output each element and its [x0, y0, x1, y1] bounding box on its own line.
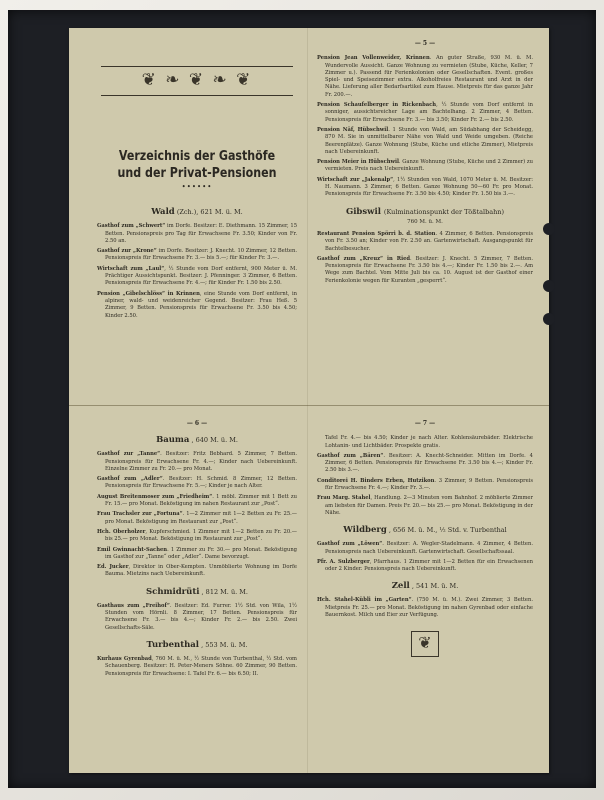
listing-entry: Gasthof zum „Schwert“ im Dorfe. Besitzer… — [97, 223, 297, 245]
listing-name: Pension „Gibelschlöss“ in Krinnen — [97, 291, 200, 297]
entry-list: Pension Jean Vollenweider, Krinnen. An g… — [317, 55, 533, 198]
town-name: Wildberg — [343, 525, 387, 535]
title-line-1: Verzeichnis der Gasthöfe — [115, 148, 279, 165]
page-6: — 6 — Bauma , 640 M. ü. M.Gasthof zur „T… — [97, 420, 297, 681]
listing-name: Wirtschaft zur „Jakenalp“ — [317, 177, 393, 183]
listing-entry: Gasthof zum „Löwen“. Besitzer: A. Wegler… — [317, 541, 533, 556]
listing-entry: Hch. Stahel-Kübli im „Garten“. (750 M. ü… — [317, 597, 533, 619]
torn-edge — [543, 280, 555, 292]
listing-name: August Breitenmoser zum „Friedheim“ — [97, 494, 212, 500]
town-meta: , 553 M. ü. M. — [199, 641, 248, 649]
town-heading: Zell , 541 M. ü. M. — [317, 581, 533, 592]
listing-entry: August Breitenmoser zum „Friedheim“. 1 m… — [97, 494, 297, 509]
small-ornament-icon: ❦ — [411, 631, 439, 657]
fold-line-horizontal — [69, 405, 549, 406]
town-name: Turbenthal — [146, 640, 199, 650]
listing-name: Frau Marg. Stahel — [317, 495, 370, 501]
entry-list: Gasthof zum „Bären“. Besitzer: A. Knecht… — [317, 453, 533, 517]
town-name: Bauma — [156, 435, 189, 445]
listing-name: Gasthof zur „Tanne“ — [97, 451, 160, 457]
listing-entry: Pension „Gibelschlöss“ in Krinnen, eine … — [97, 291, 297, 320]
listing-name: Gasthof zur „Krone“ — [97, 248, 157, 254]
listing-entry: Gasthaus zum „Freihof“. Besitzer: Ed. Fu… — [97, 603, 297, 632]
town-name: Wald — [151, 207, 175, 217]
listing-name: Pension Jean Vollenweider, Krinnen — [317, 55, 430, 61]
town-heading: Wald (Zch.), 621 M. ü. M. — [97, 207, 297, 218]
listing-entry: Kurhaus Gyrenbad, 760 M. ü. M., ½ Stunde… — [97, 656, 297, 678]
listing-entry: Frau Marg. Stahel, Handlung. 2—3 Minuten… — [317, 495, 533, 517]
listing-entry: Emil Gwinnacht-Sachen. 1 Zimmer zu Fr. 3… — [97, 547, 297, 562]
town-meta: (Zch.), 621 M. ü. M. — [175, 208, 243, 216]
entry-list: Restaurant Pension Spörri b. d. Station.… — [317, 231, 533, 285]
listing-name: Pfr. A. Sulzberger — [317, 559, 370, 565]
floral-ornament-icon: ❦ ❧ ❦ ❧ ❦ — [101, 66, 293, 96]
listing-name: Gasthaus zum „Freihof“ — [97, 603, 170, 609]
page-number: — 7 — — [317, 420, 533, 427]
fold-line-vertical — [307, 28, 308, 773]
listing-name: Kurhaus Gyrenbad — [97, 656, 152, 662]
town-heading: Schmidrüti , 812 M. ü. M. — [97, 587, 297, 598]
listing-details: , Direktor in Ober-Kempten. Unmöblierte … — [105, 564, 297, 577]
document-sheet: ❦ ❧ ❦ ❧ ❦ Verzeichnis der Gasthöfe und d… — [69, 28, 549, 773]
listing-entry: Pension Meier in Hübschwil. Ganze Wohnun… — [317, 159, 533, 174]
listing-name: Frau Trachsler zur „Fortuna“ — [97, 511, 183, 517]
listing-name: Gasthof zum „Bären“ — [317, 453, 383, 459]
town-name: Zell — [392, 581, 410, 591]
listing-entry: Wirtschaft zum „Laul“, ½ Stunde vom Dorf… — [97, 266, 297, 288]
continuation-text: Tafel Fr. 4.— bis 4.50; Kinder je nach A… — [317, 435, 533, 450]
listing-name: Ed. Jucker — [97, 564, 128, 570]
listing-name: Hch. Oberholzer — [97, 529, 145, 535]
town-heading: Turbenthal , 553 M. ü. M. — [97, 640, 297, 651]
listing-name: Wirtschaft zum „Laul“ — [97, 266, 164, 272]
page-5: — 5 — Pension Jean Vollenweider, Krinnen… — [317, 40, 533, 288]
listing-name: Conditorei H. Binders Erben, Hutzikon — [317, 478, 434, 484]
listing-name: Emil Gwinnacht-Sachen — [97, 547, 167, 553]
title-dots: •••••• — [97, 184, 297, 191]
listing-entry: Pension Näf, Hübschwil. 1 Stunde von Wal… — [317, 127, 533, 156]
listing-name: Pension Schaufelberger in Rickenbach — [317, 102, 436, 108]
listing-entry: Gasthof zur „Tanne“. Besitzer: Fritz Beb… — [97, 451, 297, 473]
town-name: Schmidrüti — [146, 587, 199, 597]
listing-entry: Pension Schaufelberger in Rickenbach, ½ … — [317, 102, 533, 124]
listing-entry: Gasthof zum „Adler“. Besitzer: H. Schmid… — [97, 476, 297, 491]
listing-name: Gasthof zum „Löwen“ — [317, 541, 382, 547]
title-line-2: und der Privat-Pensionen — [115, 165, 279, 182]
listing-entry: Conditorei H. Binders Erben, Hutzikon. 3… — [317, 478, 533, 493]
torn-edge — [543, 313, 555, 325]
town-meta: , 640 M. ü. M. — [189, 436, 238, 444]
town-meta: , 812 M. ü. M. — [199, 588, 248, 596]
listing-name: Gasthof zum „Kreuz“ in Ried — [317, 256, 410, 262]
town-altitude: 760 M. ü. M. — [317, 219, 533, 226]
town-meta: , 656 M. ü. M., ½ Std. v. Turbenthal — [387, 526, 507, 534]
town-list: Wildberg , 656 M. ü. M., ½ Std. v. Turbe… — [317, 525, 533, 619]
town-heading: Bauma , 640 M. ü. M. — [97, 435, 297, 446]
town-meta: , 541 M. ü. M. — [410, 582, 459, 590]
torn-edge — [543, 223, 555, 235]
page-title-section: ❦ ❧ ❦ ❧ ❦ Verzeichnis der Gasthöfe und d… — [97, 58, 297, 323]
town-list: Bauma , 640 M. ü. M.Gasthof zur „Tanne“.… — [97, 435, 297, 678]
listing-entry: Gasthof zur „Krone“ im Dorfe. Besitzer: … — [97, 248, 297, 263]
listing-entry: Pfr. A. Sulzberger, Pfarrhaus. 1 Zimmer … — [317, 559, 533, 574]
page-number: — 6 — — [97, 420, 297, 427]
listing-name: Pension Näf, Hübschwil — [317, 127, 388, 133]
listing-entry: Gasthof zum „Kreuz“ in Ried. Besitzer: J… — [317, 256, 533, 285]
listing-name: Gasthof zum „Schwert“ — [97, 223, 165, 229]
listing-name: Gasthof zum „Adler“ — [97, 476, 163, 482]
page-7: — 7 — Tafel Fr. 4.— bis 4.50; Kinder je … — [317, 420, 533, 657]
listing-details: . An guter Straße, 930 M. ü. M. Wundervo… — [325, 55, 533, 97]
listing-entry: Pension Jean Vollenweider, Krinnen. An g… — [317, 55, 533, 99]
town-meta: (Kulminationspunkt der Tößtalbahn) — [384, 208, 504, 216]
listing-entry: Gasthof zum „Bären“. Besitzer: A. Knecht… — [317, 453, 533, 475]
listing-entry: Restaurant Pension Spörri b. d. Station.… — [317, 231, 533, 253]
listing-entry: Hch. Oberholzer, Kupferschmied. 1 Zimmer… — [97, 529, 297, 544]
town-heading: Gibswil (Kulminationspunkt der Tößtalbah… — [317, 207, 533, 218]
page-number: — 5 — — [317, 40, 533, 47]
listing-entry: Wirtschaft zur „Jakenalp“, 1½ Stunden vo… — [317, 177, 533, 199]
listing-name: Restaurant Pension Spörri b. d. Station — [317, 231, 435, 237]
listing-entry: Ed. Jucker, Direktor in Ober-Kempten. Un… — [97, 564, 297, 579]
listing-entry: Frau Trachsler zur „Fortuna“. 1—2 Zimmer… — [97, 511, 297, 526]
town-name: Gibswil — [346, 207, 381, 217]
listing-name: Pension Meier in Hübschwil — [317, 159, 399, 165]
document-title: Verzeichnis der Gasthöfe und der Privat-… — [115, 148, 279, 182]
listing-name: Hch. Stahel-Kübli im „Garten“ — [317, 597, 412, 603]
town-list: Wald (Zch.), 621 M. ü. M.Gasthof zum „Sc… — [97, 207, 297, 320]
town-heading: Wildberg , 656 M. ü. M., ½ Std. v. Turbe… — [317, 525, 533, 536]
